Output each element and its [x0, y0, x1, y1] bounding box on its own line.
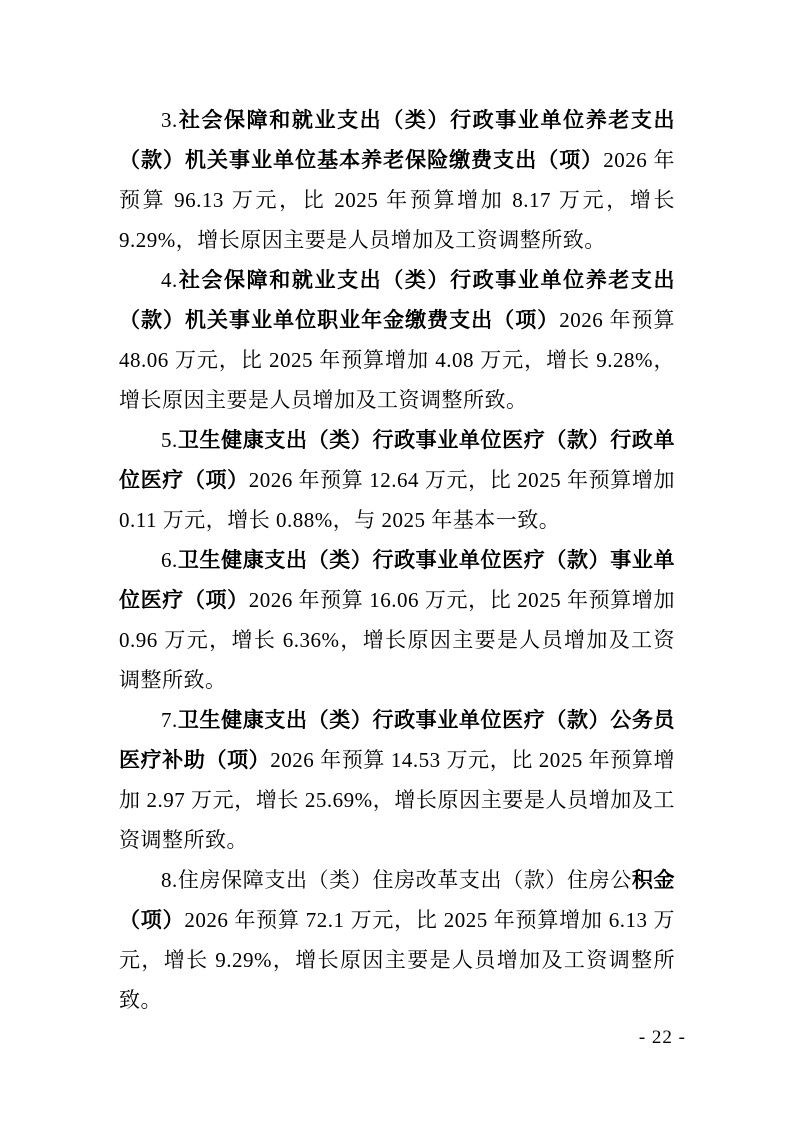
budget-item-text: 6. [161, 548, 178, 572]
budget-item-text: 5. [161, 428, 178, 452]
document-page: 3.社会保障和就业支出（类）行政事业单位养老支出（款）机关事业单位基本养老保险缴… [0, 0, 793, 1122]
page-number: - 22 - [639, 1026, 686, 1050]
budget-paragraph-item-5: 5.卫生健康支出（类）行政事业单位医疗（款）行政单位医疗（项）2026 年预算 … [119, 420, 675, 540]
budget-item-heading: 社会保障和就业支出（类）行政事业单位养老支出（款）机关事业单位基本养老保险缴费支… [119, 108, 675, 172]
budget-item-text: 8.住房保障支出（类）住房改革支出（款）住房公 [161, 868, 632, 892]
budget-paragraph-item-7: 7.卫生健康支出（类）行政事业单位医疗（款）公务员医疗补助（项）2026 年预算… [119, 700, 675, 860]
budget-item-text: 3. [161, 108, 178, 132]
budget-paragraph-item-3: 3.社会保障和就业支出（类）行政事业单位养老支出（款）机关事业单位基本养老保险缴… [119, 100, 675, 260]
budget-paragraph-item-8: 8.住房保障支出（类）住房改革支出（款）住房公积金（项）2026 年预算 72.… [119, 860, 675, 1020]
budget-paragraph-item-6: 6.卫生健康支出（类）行政事业单位医疗（款）事业单位医疗（项）2026 年预算 … [119, 540, 675, 700]
document-body: 3.社会保障和就业支出（类）行政事业单位养老支出（款）机关事业单位基本养老保险缴… [119, 100, 675, 1020]
budget-item-text: 4. [161, 268, 178, 292]
budget-paragraph-item-4: 4.社会保障和就业支出（类）行政事业单位养老支出（款）机关事业单位职业年金缴费支… [119, 260, 675, 420]
budget-item-text: 7. [161, 708, 178, 732]
budget-item-text: 2026 年预算 72.1 万元，比 2025 年预算增加 6.13 万元，增长… [119, 908, 675, 1012]
